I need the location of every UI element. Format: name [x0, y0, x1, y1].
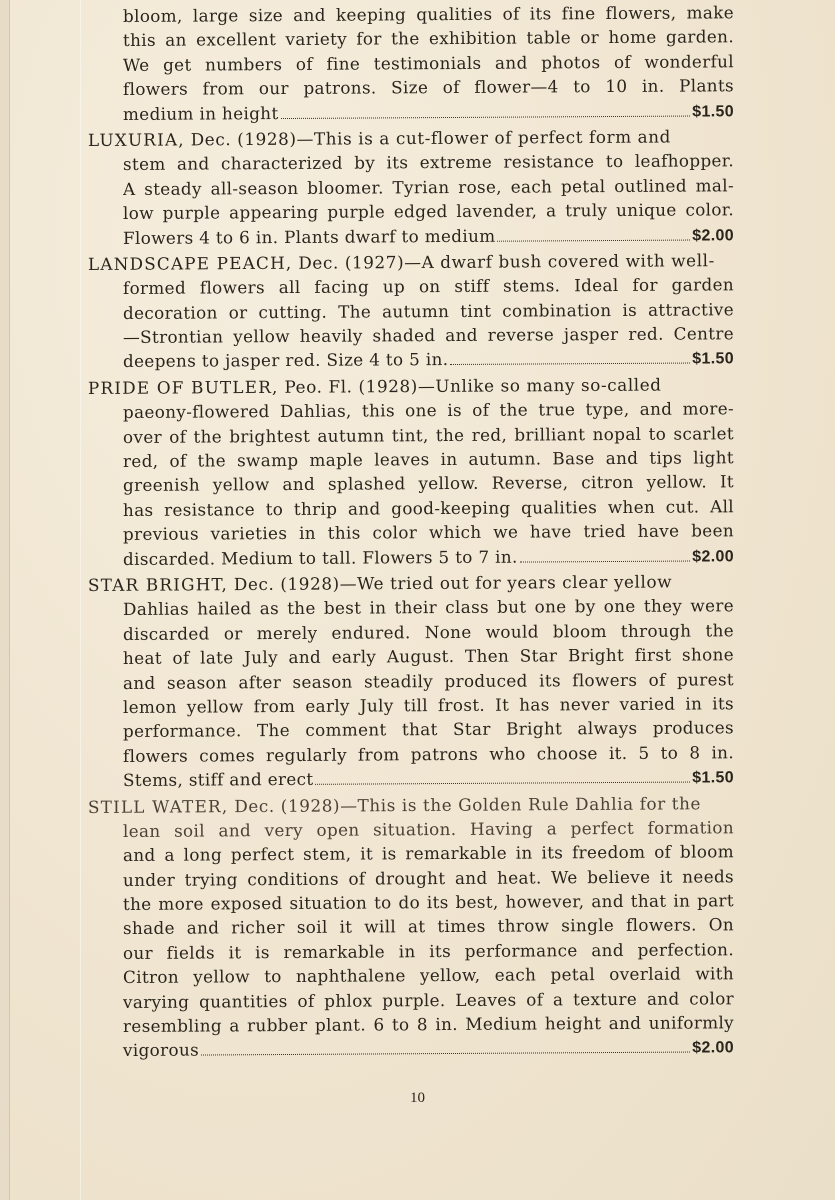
- price-line-text: Flowers 4 to 6 in. Plants dwarf to mediu…: [123, 223, 496, 250]
- price: $1.50: [692, 100, 734, 125]
- price-line-text: medium in height: [123, 101, 279, 126]
- entry-heading-text: Dec. (1928)—We tried out for years clear…: [228, 571, 672, 594]
- price: $1.50: [692, 766, 734, 791]
- catalog-page: bloom, large size and keeping qualities …: [88, 4, 734, 1063]
- text-line: heat of late July and early August. Then…: [123, 642, 734, 670]
- text-line: this an excellent variety for the exhibi…: [123, 25, 734, 53]
- price-line-text: Stems, stiff and erect: [123, 767, 314, 793]
- text-line: flowers from our patrons. Size of flower…: [123, 73, 734, 101]
- entry-heading-text: Dec. (1928)—This is the Golden Rule Dahl…: [228, 793, 701, 816]
- text-line: and a long perfect stem, it is remarkabl…: [123, 840, 734, 868]
- variety-name: PRIDE OF BUTLER,: [88, 377, 279, 398]
- text-line: performance. The comment that Star Brigh…: [123, 716, 734, 744]
- entry-heading-text: Dec. (1927)—A dwarf bush covered with we…: [292, 250, 715, 273]
- dahlia-entry-pride-of-butler: PRIDE OF BUTLER, Peo. Fl. (1928)—Unlike …: [88, 376, 734, 571]
- price-line: discarded. Medium to tall. Flowers 5 to …: [123, 543, 734, 571]
- text-line: and season after season steadily produce…: [123, 667, 734, 695]
- dahlia-entry-landscape-peach: LANDSCAPE PEACH, Dec. (1927)—A dwarf bus…: [88, 252, 734, 374]
- dahlia-entry-star-bright: STAR BRIGHT, Dec. (1928)—We tried out fo…: [88, 573, 734, 793]
- dot-leader: [201, 1051, 690, 1056]
- price-line: medium in height $1.50: [123, 98, 734, 126]
- entry-heading: STILL WATER, Dec. (1928)—This is the Gol…: [88, 791, 734, 819]
- text-line: Dahlias hailed as the best in their clas…: [123, 594, 734, 622]
- intro-paragraph: bloom, large size and keeping qualities …: [88, 4, 734, 126]
- text-line: formed flowers all facing up on stiff st…: [123, 273, 734, 301]
- text-line: low purple appearing purple edged lavend…: [123, 197, 734, 225]
- dot-leader: [497, 238, 690, 241]
- text-line: stem and characterized by its extreme re…: [123, 149, 734, 177]
- price: $2.00: [692, 545, 734, 570]
- text-line: greenish yellow and splashed yellow. Rev…: [123, 470, 734, 498]
- dot-leader: [450, 362, 690, 365]
- entry-heading-text: Dec. (1928)—This is a cut-flower of perf…: [185, 126, 671, 149]
- price-line: vigorous $2.00: [123, 1035, 734, 1063]
- price-line: Flowers 4 to 6 in. Plants dwarf to mediu…: [123, 222, 734, 250]
- dot-leader: [281, 114, 691, 119]
- entry-heading-text: Peo. Fl. (1928)—Unlike so many so-called: [278, 374, 661, 396]
- price-line-text: deepens to jasper red. Size 4 to 5 in.: [123, 347, 449, 373]
- text-line: over of the brightest autumn tint, the r…: [123, 421, 734, 449]
- text-line: shade and richer soil it will at times t…: [123, 913, 734, 941]
- price-line-text: discarded. Medium to tall. Flowers 5 to …: [123, 544, 518, 571]
- price-line: Stems, stiff and erect $1.50: [123, 764, 734, 792]
- text-line: paeony-flowered Dahlias, this one is of …: [123, 397, 734, 425]
- text-line: varying quantities of phlox purple. Leav…: [123, 986, 734, 1014]
- text-line: previous varieties in this color which w…: [123, 518, 734, 546]
- page-number: 10: [0, 1090, 835, 1107]
- variety-name: LANDSCAPE PEACH,: [88, 253, 293, 274]
- price-line-text: vigorous: [123, 1038, 199, 1063]
- variety-name: STAR BRIGHT,: [88, 574, 228, 595]
- dahlia-entry-luxuria: LUXURIA, Dec. (1928)—This is a cut-flowe…: [88, 128, 734, 250]
- page-fold-line: [80, 0, 81, 1200]
- price: $2.00: [692, 224, 734, 249]
- variety-name: STILL WATER,: [88, 796, 228, 817]
- variety-name: LUXURIA,: [88, 129, 185, 150]
- price-line: deepens to jasper red. Size 4 to 5 in. $…: [123, 346, 734, 374]
- price: $1.50: [692, 348, 734, 373]
- text-line: Citron yellow to naphthalene yellow, eac…: [123, 962, 734, 990]
- dahlia-entry-still-water: STILL WATER, Dec. (1928)—This is the Gol…: [88, 795, 734, 1063]
- price: $2.00: [692, 1037, 734, 1062]
- page-binding-edge: [0, 0, 10, 1200]
- dot-leader: [315, 781, 690, 785]
- dot-leader: [520, 559, 691, 562]
